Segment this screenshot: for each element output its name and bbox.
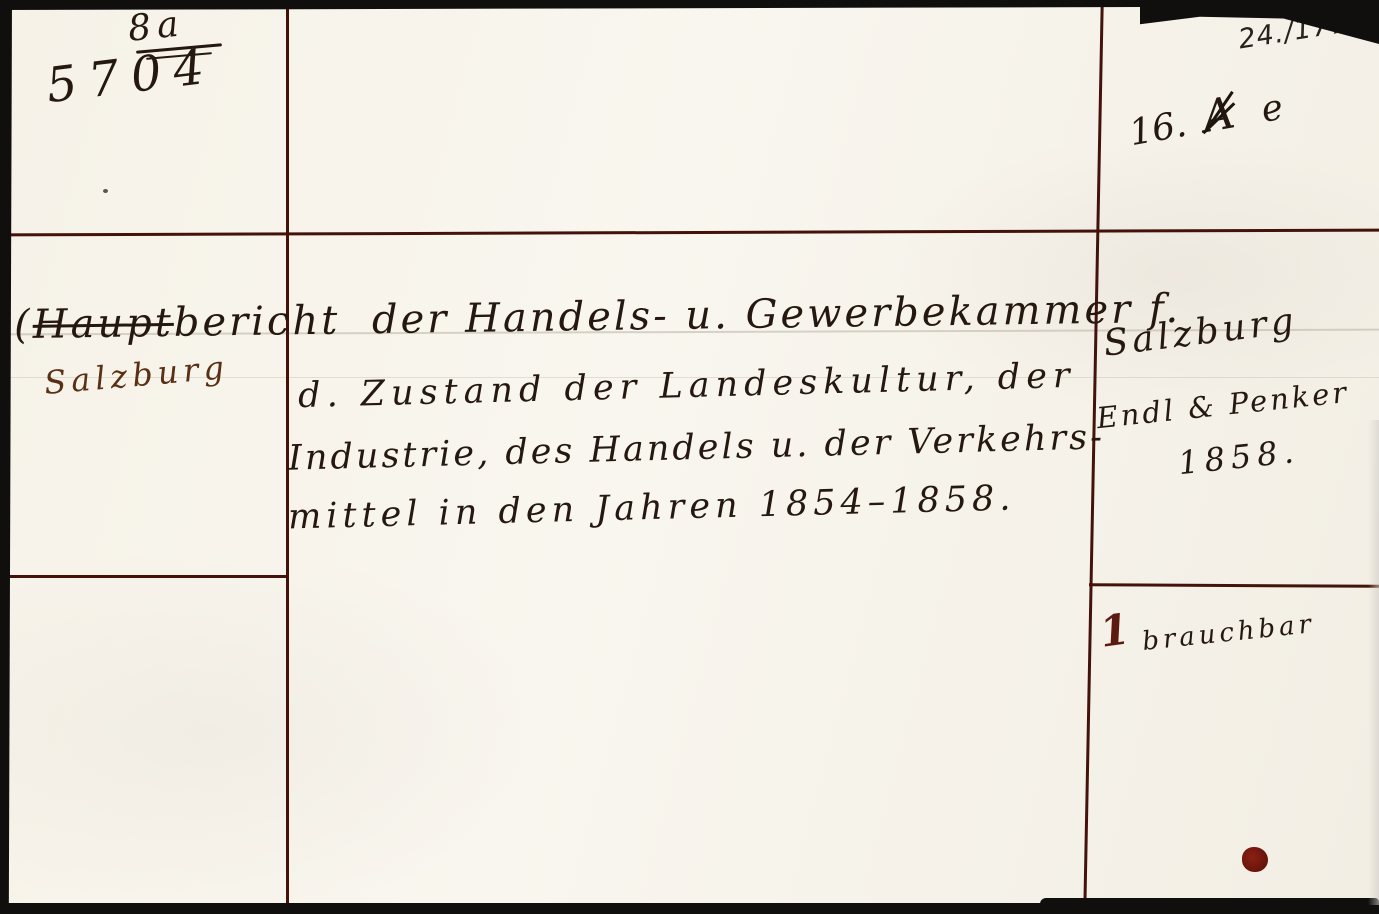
- scan-edge-bottom-right: [1040, 898, 1379, 914]
- rule-horizontal-left-cell: [0, 575, 288, 578]
- red-wax-dot: [1242, 847, 1268, 872]
- entry-title-rest: bericht: [174, 298, 341, 346]
- entry-bracket: (: [14, 302, 33, 348]
- shelf-mark-struck-letter: A: [1198, 87, 1238, 143]
- catalog-card-scan: 8a 5704 24./177 16. A e (Hauptbericht de…: [0, 0, 1379, 914]
- entry-title-struck: Haupt: [32, 300, 174, 348]
- scan-edge-right-shade: [1368, 420, 1379, 905]
- ink-speck: [103, 189, 108, 193]
- shelf-mark-prefix: 16.: [1126, 104, 1190, 154]
